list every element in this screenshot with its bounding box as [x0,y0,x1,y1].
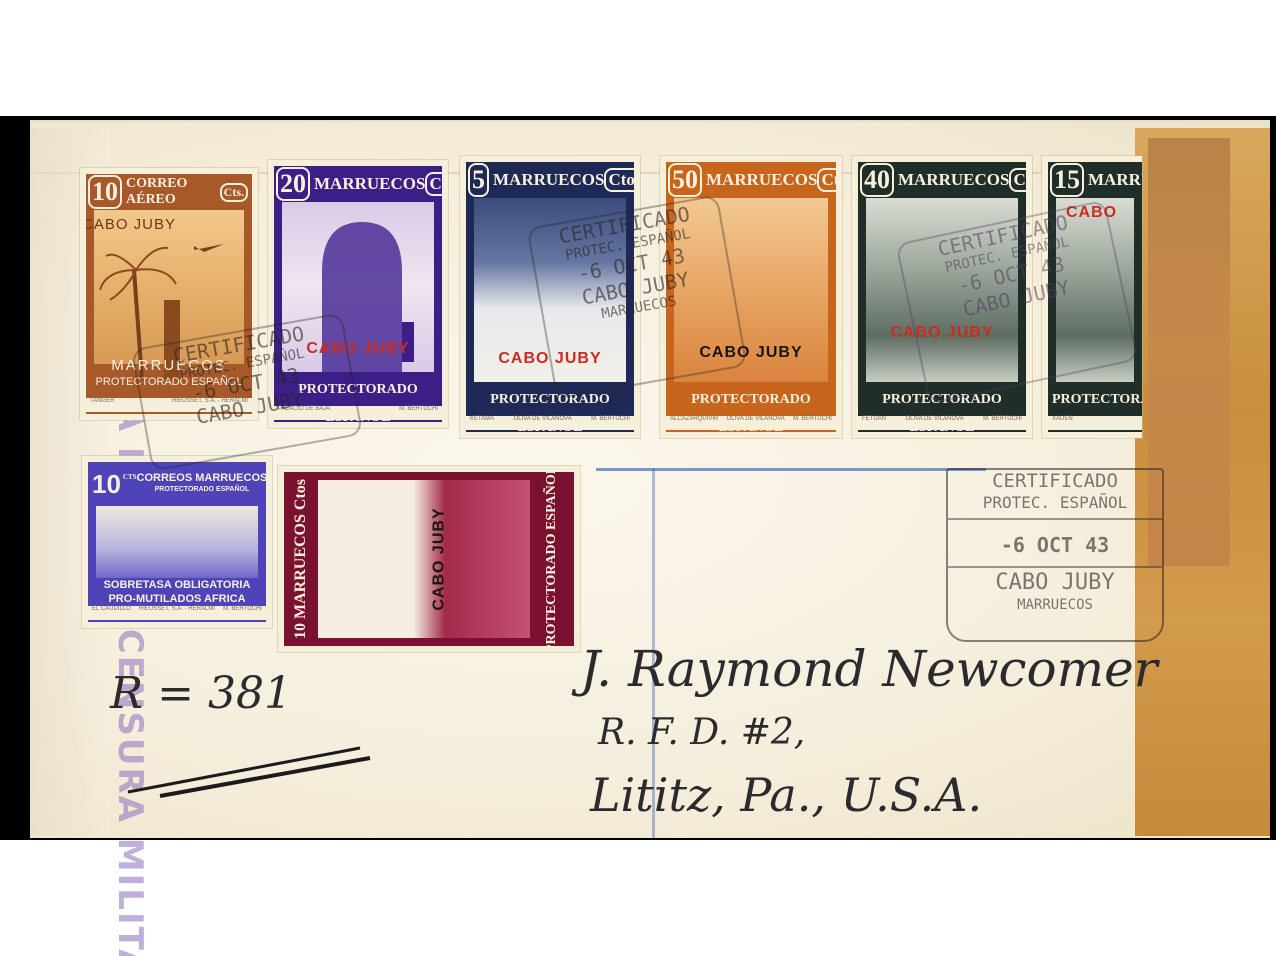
postmark-text: PROTEC. ESPAÑOL [948,492,1162,514]
postmark-registered: CERTIFICADO PROTEC. ESPAÑOL -6 OCT 43 CA… [946,468,1164,642]
postmark-date: -6 OCT 43 [948,518,1162,556]
stamp-header: MARRU [1088,170,1142,190]
stamp-unit: Ctos [817,168,836,192]
stamp-image-horse-riders [96,506,258,578]
stamp-overprint: CABO JUBY [431,507,449,610]
postmark-text: CABO JUBY [948,566,1162,594]
stamp-imprint: OLIVA DE VILANOVA [727,416,785,430]
stamp-imprint: M. BERTUCHI [793,416,832,430]
address-line1: R. F. D. #2, [598,712,805,753]
stamp-header: MARRUECOS [314,174,425,194]
stamp-header: CORREOS MARRUECOS [137,472,266,484]
stamp-unit: Ctos [1009,168,1026,192]
stamp-header: MARRUECOS [898,170,1009,190]
postmark-cancel-2: CERTIFICADO PROTEC. ESPAÑOL -6 OCT 43 CA… [526,194,747,399]
stamp-imprint: RIEUSSET, S.A. - HERALMI [139,606,215,620]
stamp-header: MARRUECOS [292,514,309,619]
stamp-unit: Cts. [220,183,248,202]
stamp-value: 20 [276,167,310,201]
stamp-footer: PROTECTORADO ESPAÑOL [544,472,560,646]
stamp-imprint: OLIVA DE VILANOVA [514,416,572,430]
stamp-imprint: M. BERTUCHI [591,416,630,430]
stamp-value: 10 [292,623,309,639]
stamp-footer: PROTECTORADO ESPAÑOL [666,386,836,414]
stamp-unit: Ctos [425,172,442,196]
stamp-footer: SOBRETASA OBLIGATORIA [88,578,266,592]
stamp-value: 5 [468,163,489,197]
stamp-value: 40 [860,163,894,197]
stamp-imprint: TANGER [90,398,115,412]
stamp-imprint: KETAMA [470,416,494,430]
stamp-imprint: FETUAN [862,416,886,430]
address-name: J. Raymond Newcomer [580,640,1158,698]
stamp-imprint: XAUEN [1052,416,1073,430]
stamp-imprint: ALCAZARQUIVIR [670,416,718,430]
stamp-value: 50 [668,163,702,197]
stamp-imprint: M. BERTUCHI [983,416,1022,430]
stamp-imprint: M. BERTUCHI [223,606,262,620]
stamp-imprint: M. BERTUCHI [399,406,438,420]
address-line2: Lititz, Pa., U.S.A. [590,768,982,822]
stamp-unit: Ctos [292,479,309,510]
stamp-image-minaret-town: CABO JUBY [318,480,530,638]
stamp-value: 10 [90,469,123,499]
stamp-imprint: OLIVA DE VILANOVA [905,416,963,430]
postmark-text: CERTIFICADO [948,470,1162,492]
stamp-footer: PROTECTORAD [1048,386,1142,414]
underline-strokes [120,740,380,800]
stamp-10ctos-maroon: 10 MARRUECOS Ctos CABO JUBY PROTECTORADO… [278,466,580,652]
stamp-header: CORREO AÉREO [126,176,220,208]
stamp-subheader: PROTECTORADO ESPAÑOL [137,484,266,496]
stamp-value: 10 [88,175,122,209]
stamp-unit: Ctos [604,168,634,192]
stamp-imprint: EL CAUDILLO [92,606,131,620]
stamp-footer: PRO-MUTILADOS AFRICA [88,592,266,606]
registration-number: R = 381 [110,668,292,719]
postmark-text: MARRUECOS [948,594,1162,616]
stamp-header: MARRUECOS [493,170,604,190]
stamp-value: 15 [1050,163,1084,197]
stamp-header: MARRUECOS [706,170,817,190]
stamp-pro-mutilados-10cts: 10 CTS CORREOS MARRUECOS PROTECTORADO ES… [82,456,272,628]
stamp-unit: CTS [123,473,137,481]
